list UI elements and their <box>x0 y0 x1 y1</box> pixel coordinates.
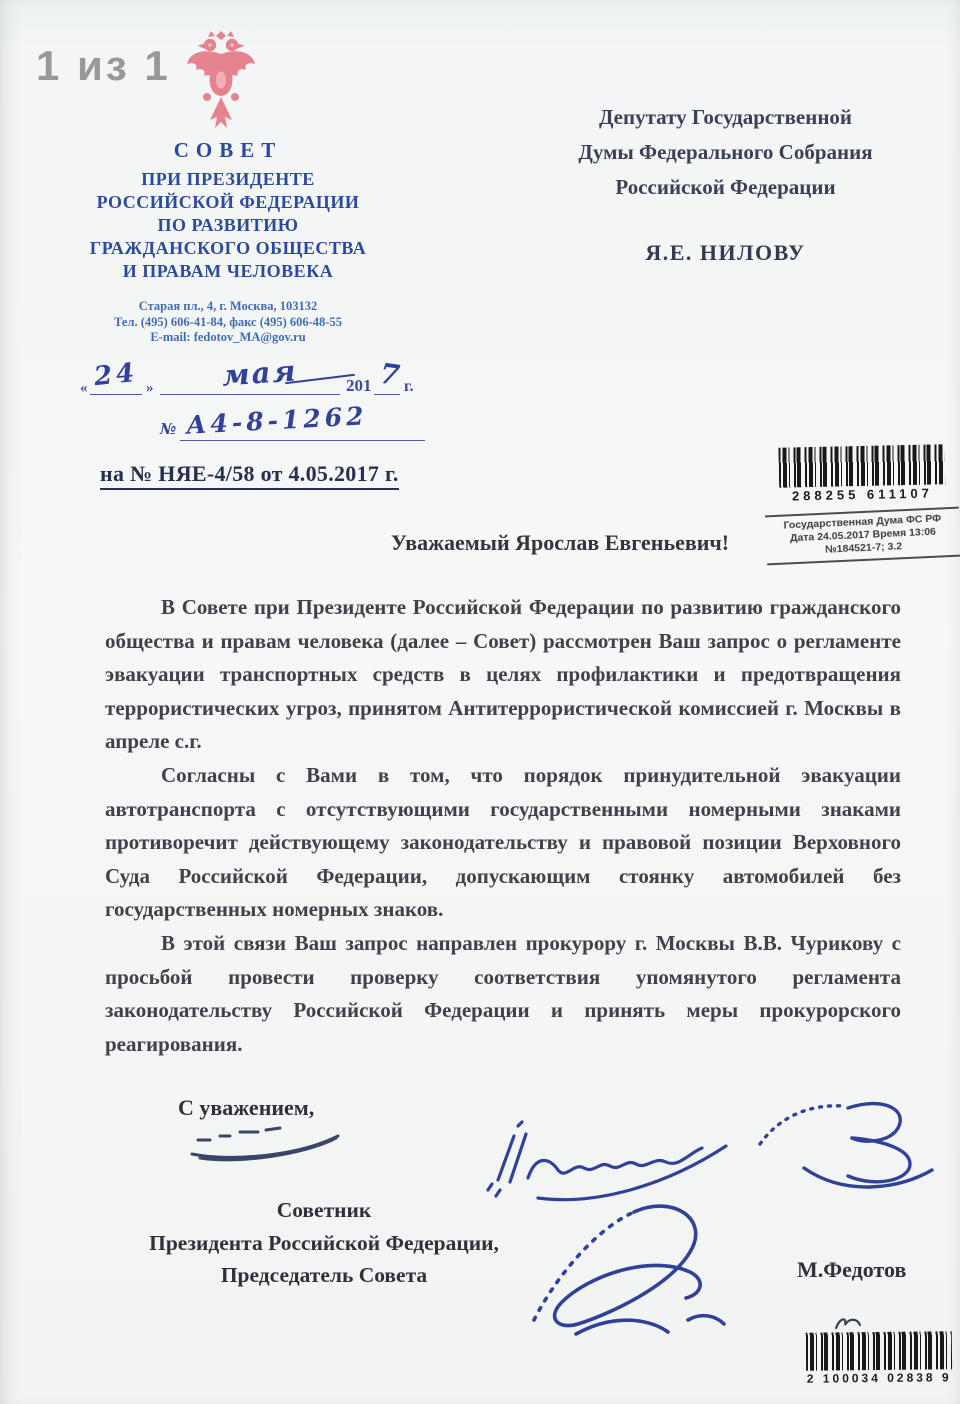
org-line: СОВЕТ <box>48 138 408 163</box>
letterhead-org-name: СОВЕТ ПРИ ПРЕЗИДЕНТЕ РОССИЙСКОЙ ФЕДЕРАЦИ… <box>48 138 408 283</box>
page-indicator: 1 из 1 <box>36 42 171 90</box>
date-year-printed: 201 <box>346 376 372 396</box>
paragraph: Согласны с Вами в том, что порядок прину… <box>105 759 901 927</box>
position-line: Советник <box>128 1194 520 1227</box>
handwritten-date-month: мая <box>221 353 299 392</box>
address-line: Тел. (495) 606-41-84, факс (495) 606-48-… <box>48 315 408 331</box>
barcode-bars <box>806 1331 952 1371</box>
signer-position: Советник Президента Российской Федерации… <box>128 1194 520 1292</box>
quote-open: « <box>80 380 88 397</box>
closing-phrase: С уважением, <box>178 1095 314 1121</box>
paragraph: В Совете при Президенте Российской Федер… <box>105 591 901 759</box>
recipient-line: Российской Федерации <box>528 170 923 205</box>
number-label: № <box>160 420 176 438</box>
barcode-digits: 288255 611107 <box>779 485 945 503</box>
letter-body: В Совете при Президенте Российской Федер… <box>105 591 901 1061</box>
org-line: ГРАЖДАНСКОГО ОБЩЕСТВА <box>48 237 408 260</box>
signature-top-right <box>752 1096 937 1206</box>
address-line: E-mail: fedotov_MA@gov.ru <box>48 330 408 346</box>
bottom-barcode: 2 100034 02838 9 <box>806 1331 953 1386</box>
barcode-bars <box>778 444 945 487</box>
closing-flourish-signature <box>186 1120 351 1168</box>
number-rule <box>180 412 425 441</box>
scanned-letter-page: 1 из 1 СОВЕТ ПРИ ПРЕЗИДЕНТЕ РОССИЙСКОЙ Ф… <box>0 0 960 1404</box>
org-line: И ПРАВАМ ЧЕЛОВЕКА <box>48 260 408 283</box>
signature-bottom-large <box>518 1192 753 1342</box>
recipient-block: Депутату Государственной Думы Федерально… <box>528 100 923 270</box>
salutation: Уважаемый Ярослав Евгеньевич! <box>210 530 910 556</box>
letterhead-address: Старая пл., 4, г. Москва, 103132 Тел. (4… <box>48 299 408 346</box>
barcode-digits: 2 100034 02838 9 <box>806 1370 952 1386</box>
handwritten-date-day: 24 <box>93 358 140 392</box>
duma-barcode: 288255 611107 <box>778 444 945 503</box>
coat-of-arms-icon <box>184 26 258 139</box>
org-line: ПРИ ПРЕЗИДЕНТЕ <box>48 168 408 191</box>
date-suffix: г. <box>404 378 413 396</box>
org-line: РОССИЙСКОЙ ФЕДЕРАЦИИ <box>48 191 408 214</box>
recipient-name: Я.Е. НИЛОВУ <box>528 235 923 270</box>
reply-reference: на № НЯЕ-4/58 от 4.05.2017 г. <box>100 461 399 490</box>
paragraph: В этой связи Ваш запрос направлен прокур… <box>105 927 901 1061</box>
signer-name: М.Федотов <box>797 1257 906 1283</box>
outgoing-number-line: № А4-8-1262 <box>160 408 450 450</box>
position-line: Председатель Совета <box>128 1259 520 1292</box>
recipient-line: Думы Федерального Собрания <box>528 135 923 170</box>
address-line: Старая пл., 4, г. Москва, 103132 <box>48 299 408 315</box>
ink-mark-above-barcode <box>832 1314 864 1332</box>
quote-close: » <box>146 380 154 397</box>
recipient-line: Депутату Государственной <box>528 100 923 135</box>
org-line: ПО РАЗВИТИЮ <box>48 214 408 237</box>
position-line: Президента Российской Федерации, <box>128 1227 520 1260</box>
